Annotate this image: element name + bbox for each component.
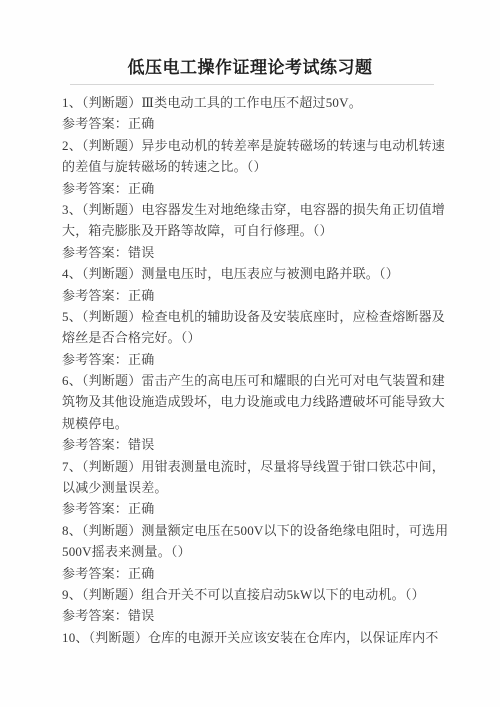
question-line: 8、（判断题）测量额定电压在500V以下的设备绝缘电阻时，可选用 bbox=[62, 520, 440, 541]
question-block: 6、（判断题）雷击产生的高电压可和耀眼的白光可对电气装置和建 筑物及其他设施造成… bbox=[62, 370, 440, 456]
question-line: 7、（判断题）用钳表测量电流时，尽量将导线置于钳口铁芯中间， bbox=[62, 456, 440, 477]
question-block: 1、（判断题）Ⅲ类电动工具的工作电压不超过50V。 参考答案：正确 bbox=[62, 92, 440, 135]
question-list: 1、（判断题）Ⅲ类电动工具的工作电压不超过50V。 参考答案：正确 2、（判断题… bbox=[62, 92, 440, 648]
question-line: 6、（判断题）雷击产生的高电压可和耀眼的白光可对电气装置和建 bbox=[62, 370, 440, 391]
question-block: 10、（判断题）仓库的电源开关应该安装在仓库内，以保证库内不 bbox=[62, 627, 440, 648]
page-title: 低压电工操作证理论考试练习题 bbox=[0, 56, 500, 80]
question-block: 5、（判断题）检查电机的辅助设备及安装底座时，应检查熔断器及 熔丝是否合格完好。… bbox=[62, 306, 440, 370]
question-block: 8、（判断题）测量额定电压在500V以下的设备绝缘电阻时，可选用 500V摇表来… bbox=[62, 520, 440, 584]
answer-line: 参考答案：正确 bbox=[62, 113, 440, 134]
question-line: 的差值与旋转磁场的转速之比。（） bbox=[62, 156, 440, 177]
answer-line: 参考答案：正确 bbox=[62, 349, 440, 370]
answer-line: 参考答案：错误 bbox=[62, 605, 440, 626]
question-block: 4、（判断题）测量电压时，电压表应与被测电路并联。（） 参考答案：正确 bbox=[62, 263, 440, 306]
answer-line: 参考答案：正确 bbox=[62, 285, 440, 306]
question-line: 10、（判断题）仓库的电源开关应该安装在仓库内，以保证库内不 bbox=[62, 627, 440, 648]
question-line: 筑物及其他设施造成毁坏，电力设施或电力线路遭破坏可能导致大 bbox=[62, 391, 440, 412]
question-block: 3、（判断题）电容器发生对地绝缘击穿，电容器的损失角正切值增 大，箱壳膨胀及开路… bbox=[62, 199, 440, 263]
question-line: 大，箱壳膨胀及开路等故障，可自行修理。（） bbox=[62, 220, 440, 241]
question-block: 7、（判断题）用钳表测量电流时，尽量将导线置于钳口铁芯中间， 以减少测量误差。 … bbox=[62, 456, 440, 520]
question-line: 2、（判断题）异步电动机的转差率是旋转磁场的转速与电动机转速 bbox=[62, 135, 440, 156]
document-page: 低压电工操作证理论考试练习题 1、（判断题）Ⅲ类电动工具的工作电压不超过50V。… bbox=[0, 0, 500, 707]
answer-line: 参考答案：正确 bbox=[62, 178, 440, 199]
question-line: 3、（判断题）电容器发生对地绝缘击穿，电容器的损失角正切值增 bbox=[62, 199, 440, 220]
answer-line: 参考答案：错误 bbox=[62, 242, 440, 263]
question-line: 规模停电。 bbox=[62, 413, 440, 434]
answer-line: 参考答案：正确 bbox=[62, 563, 440, 584]
question-block: 2、（判断题）异步电动机的转差率是旋转磁场的转速与电动机转速 的差值与旋转磁场的… bbox=[62, 135, 440, 199]
question-line: 500V摇表来测量。（） bbox=[62, 541, 440, 562]
question-block: 9、（判断题）组合开关不可以直接启动5kW以下的电动机。（） 参考答案：错误 bbox=[62, 584, 440, 627]
question-line: 4、（判断题）测量电压时，电压表应与被测电路并联。（） bbox=[62, 263, 440, 284]
question-line: 5、（判断题）检查电机的辅助设备及安装底座时，应检查熔断器及 bbox=[62, 306, 440, 327]
answer-line: 参考答案：错误 bbox=[62, 434, 440, 455]
question-line: 1、（判断题）Ⅲ类电动工具的工作电压不超过50V。 bbox=[62, 92, 440, 113]
answer-line: 参考答案：正确 bbox=[62, 498, 440, 519]
question-line: 以减少测量误差。 bbox=[62, 477, 440, 498]
question-line: 熔丝是否合格完好。（） bbox=[62, 327, 440, 348]
question-line: 9、（判断题）组合开关不可以直接启动5kW以下的电动机。（） bbox=[62, 584, 440, 605]
title-divider bbox=[70, 84, 434, 85]
